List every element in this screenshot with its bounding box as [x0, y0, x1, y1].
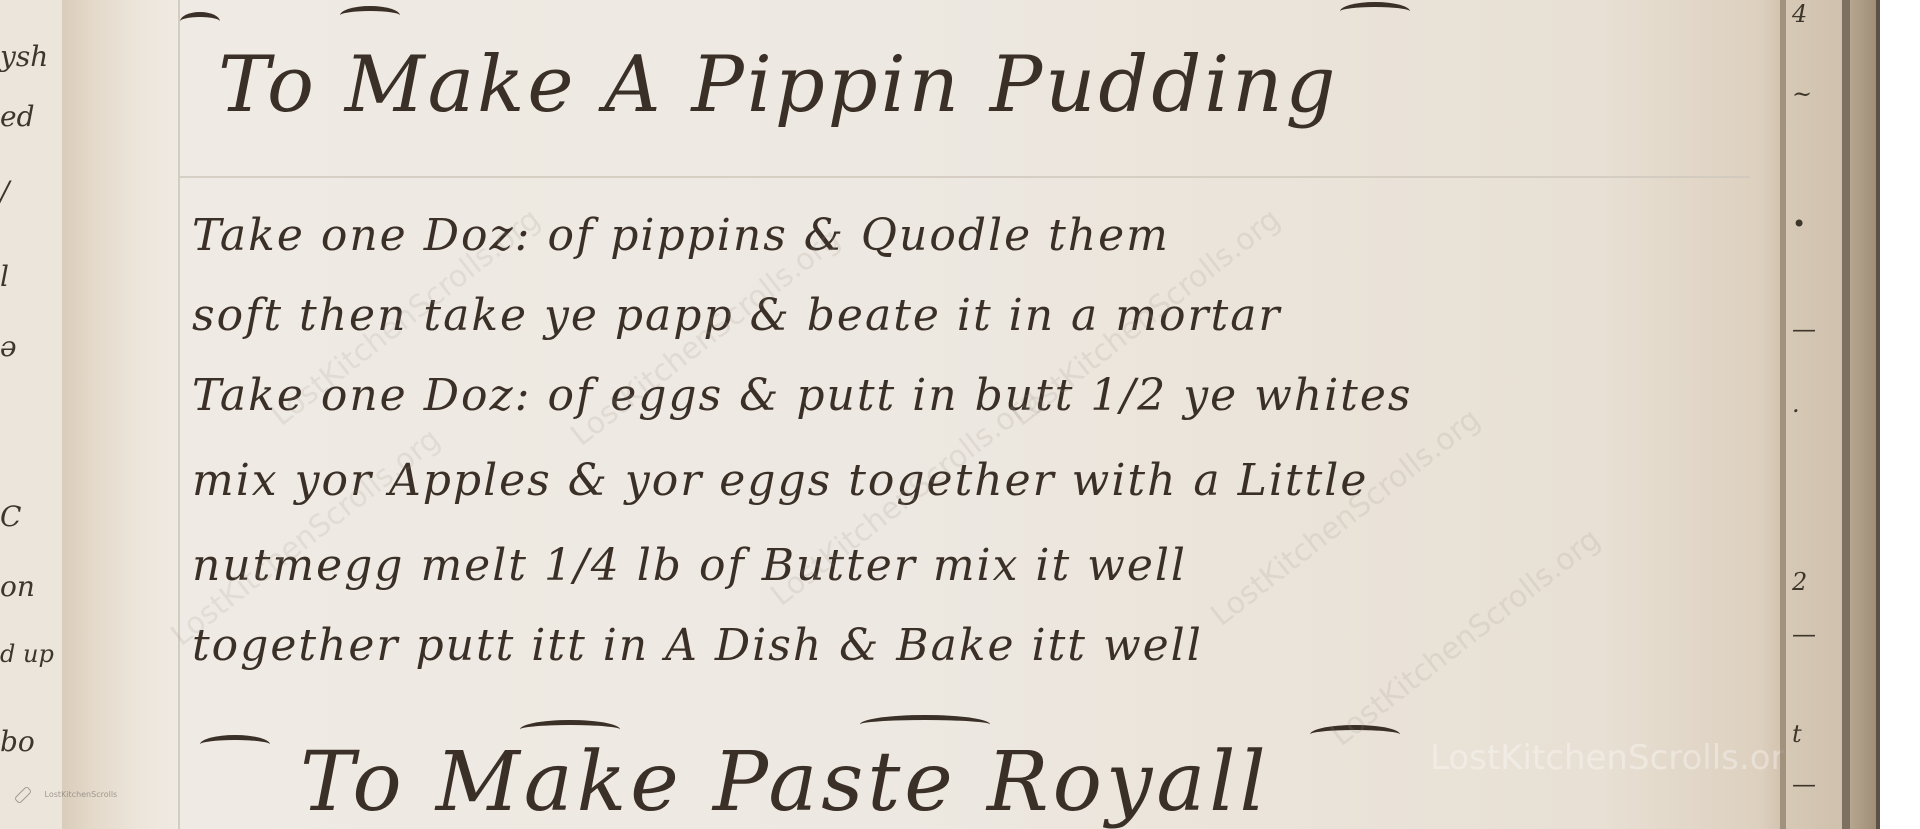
edge-page-mark: 4 — [1792, 0, 1807, 28]
watermark: LostKitchenScrolls.org — [1204, 402, 1487, 634]
recipe-line: Take one Doz: of eggs & putt in butt 1/2… — [192, 370, 1412, 421]
recipe-line: mix yor Apples & yor eggs together with … — [192, 455, 1368, 506]
watermark-horizontal: LostKitchenScrolls.org — [1430, 738, 1805, 778]
next-recipe-title: To Make Paste Royall — [300, 735, 1270, 829]
recipe-page: To Make A Pippin Pudding Take one Doz: o… — [180, 0, 1780, 829]
left-page-fragment: ysh — [0, 40, 48, 73]
recipe-line: nutmegg melt 1/4 lb of Butter mix it wel… — [192, 540, 1187, 591]
left-facing-page: ysh ed / l ǝ C on d up bo — [0, 0, 63, 829]
left-page-fragment: d up — [0, 640, 54, 668]
edge-page-mark: — — [1792, 620, 1816, 648]
left-page-fragment: bo — [0, 725, 35, 758]
book-binding — [1876, 0, 1880, 829]
flourish-stroke — [860, 715, 990, 734]
watermark: LostKitchenScrolls.org — [1324, 522, 1607, 754]
flourish-stroke — [200, 735, 270, 754]
edge-page-mark: — — [1792, 315, 1816, 343]
edge-page-mark: . — [1792, 390, 1800, 418]
flourish-stroke — [180, 12, 220, 31]
title-rule — [180, 176, 1750, 178]
left-page-fragment: / — [0, 175, 9, 208]
recipe-line: Take one Doz: of pippins & Quodle them — [192, 210, 1170, 261]
edge-page-mark: — — [1792, 770, 1816, 798]
left-page-fragment: C — [0, 500, 21, 533]
page-edge — [1842, 0, 1850, 829]
flourish-stroke — [340, 6, 400, 25]
left-page-fragment: ǝ — [0, 330, 17, 363]
left-page-fragment: ed — [0, 100, 35, 133]
edge-page-mark: t — [1792, 720, 1802, 748]
edge-page-mark: ~ — [1792, 80, 1812, 108]
manuscript-spread: ysh ed / l ǝ C on d up bo To Make A Pipp… — [0, 0, 1880, 829]
recipe-line: soft then take ye papp & beate it in a m… — [192, 290, 1281, 341]
flourish-stroke — [1310, 725, 1400, 744]
recipe-title: To Make A Pippin Pudding — [218, 40, 1338, 130]
left-page-fragment: l — [0, 260, 9, 293]
edge-page-mark: 2 — [1792, 568, 1807, 596]
footer-logo-text: LostKitchenScrolls — [45, 790, 118, 799]
edge-page-mark: • — [1792, 210, 1806, 238]
recipe-line: together putt itt in A Dish & Bake itt w… — [192, 620, 1203, 671]
flourish-stroke — [1340, 2, 1410, 21]
left-page-fragment: on — [0, 570, 35, 603]
footer-logo: LostKitchenScrolls — [14, 790, 117, 799]
book-gutter — [62, 0, 182, 829]
